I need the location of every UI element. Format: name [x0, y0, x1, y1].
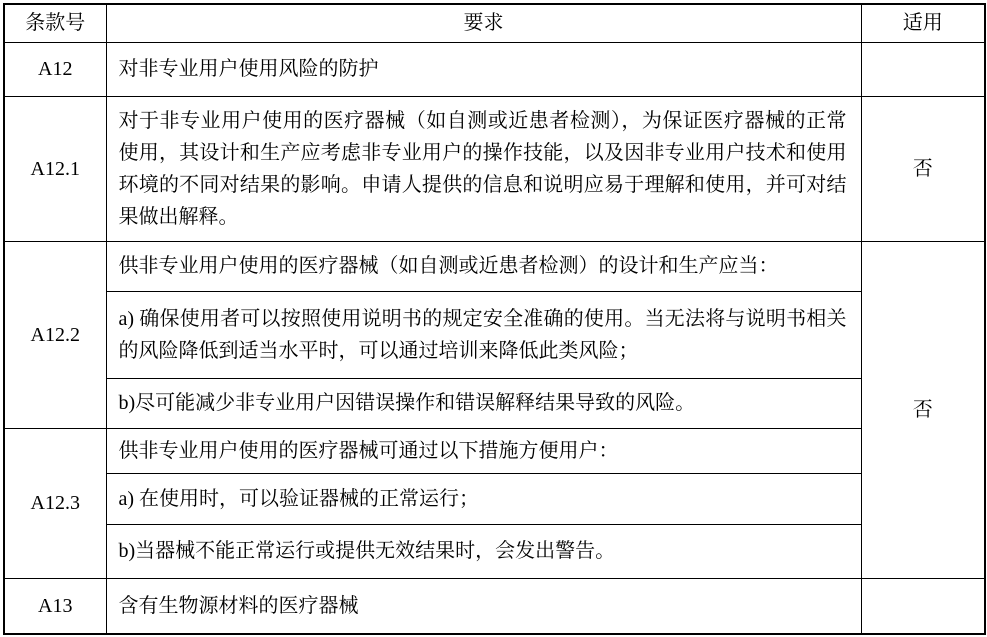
col-header-requirement: 要求: [106, 4, 861, 42]
requirement-cell-a12-2-intro: 供非专业用户使用的医疗器械（如自测或近患者检测）的设计和生产应当：: [106, 241, 861, 291]
requirement-cell-a12: 对非专业用户使用风险的防护: [106, 42, 861, 96]
table-row-a12: A12 对非专业用户使用风险的防护: [4, 42, 985, 96]
col-header-clause-number: 条款号: [4, 4, 106, 42]
document-page: 条款号 要求 适用 A12 对非专业用户使用风险的防护 A12.1 对于非专业用…: [0, 0, 987, 637]
table-row-a12-2-item-a: a) 确保使用者可以按照使用说明书的规定安全准确的使用。当无法将与说明书相关的风…: [4, 291, 985, 378]
clause-cell-a13: A13: [4, 578, 106, 634]
requirement-cell-a12-3-item-b: b)当器械不能正常运行或提供无效结果时，会发出警告。: [106, 524, 861, 578]
requirement-cell-a12-2-item-b: b)尽可能减少非专业用户因错误操作和错误解释结果导致的风险。: [106, 378, 861, 428]
table-header-row: 条款号 要求 适用: [4, 4, 985, 42]
table-row-a12-1: A12.1 对于非专业用户使用的医疗器械（如自测或近患者检测），为保证医疗器械的…: [4, 96, 985, 241]
requirements-table: 条款号 要求 适用 A12 对非专业用户使用风险的防护 A12.1 对于非专业用…: [3, 3, 986, 635]
clause-cell-a12-2: A12.2: [4, 241, 106, 428]
clause-cell-a12-3: A12.3: [4, 428, 106, 578]
table-row-a12-2-intro: A12.2 供非专业用户使用的医疗器械（如自测或近患者检测）的设计和生产应当： …: [4, 241, 985, 291]
clause-cell-a12-1: A12.1: [4, 96, 106, 241]
applicable-cell-a12-2-a12-3: 否: [861, 241, 985, 578]
clause-cell-a12: A12: [4, 42, 106, 96]
applicable-cell-a13: [861, 578, 985, 634]
requirement-cell-a12-1: 对于非专业用户使用的医疗器械（如自测或近患者检测），为保证医疗器械的正常使用，其…: [106, 96, 861, 241]
requirement-cell-a12-3-intro: 供非专业用户使用的医疗器械可通过以下措施方便用户：: [106, 428, 861, 473]
table-row-a12-3-item-a: a) 在使用时，可以验证器械的正常运行；: [4, 473, 985, 524]
requirement-cell-a12-2-item-a: a) 确保使用者可以按照使用说明书的规定安全准确的使用。当无法将与说明书相关的风…: [106, 291, 861, 378]
applicable-cell-a12-1: 否: [861, 96, 985, 241]
table-row-a12-3-item-b: b)当器械不能正常运行或提供无效结果时，会发出警告。: [4, 524, 985, 578]
table-row-a12-2-item-b: b)尽可能减少非专业用户因错误操作和错误解释结果导致的风险。: [4, 378, 985, 428]
table-row-a12-3-intro: A12.3 供非专业用户使用的医疗器械可通过以下措施方便用户：: [4, 428, 985, 473]
requirement-cell-a13: 含有生物源材料的医疗器械: [106, 578, 861, 634]
applicable-cell-a12: [861, 42, 985, 96]
col-header-applicable: 适用: [861, 4, 985, 42]
requirement-cell-a12-3-item-a: a) 在使用时，可以验证器械的正常运行；: [106, 473, 861, 524]
table-row-a13: A13 含有生物源材料的医疗器械: [4, 578, 985, 634]
